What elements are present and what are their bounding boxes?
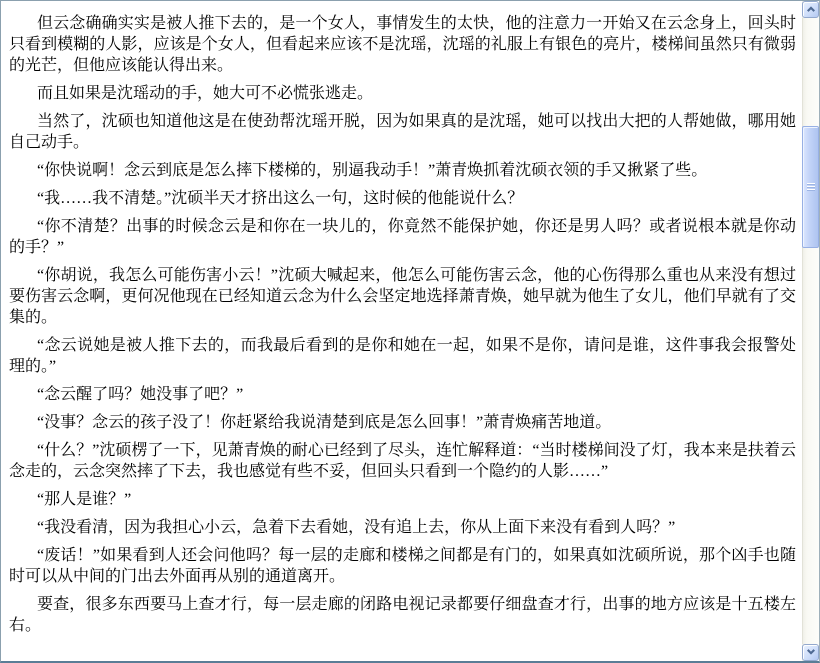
novel-paragraph: “什么？”沈硕楞了一下，见萧青焕的耐心已经到了尽头，连忙解释道：“当时楼梯间没了…: [9, 440, 796, 482]
novel-paragraph: 要查，很多东西要马上查才行，每一层走廊的闭路电视记录都要仔细盘查才行，出事的地方…: [9, 594, 796, 636]
novel-paragraph: “你快说啊！念云到底是怎么摔下楼梯的，别逼我动手！”萧青焕抓着沈硕衣领的手又揪紧…: [9, 160, 796, 181]
novel-paragraph: “没事？念云的孩子没了！你赶紧给我说清楚到底是怎么回事！”萧青焕痛苦地道。: [9, 412, 796, 433]
novel-text-content: 但云念确确实实是被人推下去的，是一个女人，事情发生的太快，他的注意力一开始又在云…: [1, 1, 802, 661]
scrollbar-thumb[interactable]: [802, 126, 819, 248]
novel-page: 但云念确确实实是被人推下去的，是一个女人，事情发生的太快，他的注意力一开始又在云…: [0, 0, 820, 663]
novel-paragraph: “你不清楚？出事的时候念云是和你在一块儿的，你竟然不能保护她，你还是男人吗？或者…: [9, 216, 796, 258]
novel-paragraph: “那人是谁？”: [9, 489, 796, 510]
novel-paragraph: “废话！”如果看到人还会问他吗？每一层的走廊和楼梯之间都是有门的，如果真如沈硕所…: [9, 545, 796, 587]
chevron-up-icon: [806, 2, 816, 17]
novel-paragraph: “你胡说，我怎么可能伤害小云！”沈硕大喊起来，他怎么可能伤害云念，他的心伤得那么…: [9, 265, 796, 328]
novel-paragraph: “我没看清，因为我担心小云，急着下去看她，没有追上去，你从上面下来没有看到人吗？…: [9, 517, 796, 538]
novel-paragraph: “我……我不清楚。”沈硕半天才挤出这么一句，这时候的他能说什么？: [9, 188, 796, 209]
novel-paragraph: “念云醒了吗？她没事了吧？”: [9, 384, 796, 405]
novel-paragraph: 当然了，沈硕也知道他这是在使劲帮沈瑶开脱，因为如果真的是沈瑶，她可以找出大把的人…: [9, 111, 796, 153]
scrollbar-track[interactable]: [802, 18, 819, 644]
scrollbar-grip-icon: [807, 183, 815, 191]
scrollbar-up-button[interactable]: [802, 1, 819, 18]
vertical-scrollbar: [802, 1, 819, 661]
chevron-down-icon: [806, 645, 816, 660]
novel-paragraph: 而且如果是沈瑶动的手，她大可不必慌张逃走。: [9, 83, 796, 104]
novel-paragraph: 但云念确确实实是被人推下去的，是一个女人，事情发生的太快，他的注意力一开始又在云…: [9, 13, 796, 76]
scrollbar-down-button[interactable]: [802, 644, 819, 661]
novel-paragraph: “念云说她是被人推下去的，而我最后看到的是你和她在一起，如果不是你，请问是谁，这…: [9, 335, 796, 377]
